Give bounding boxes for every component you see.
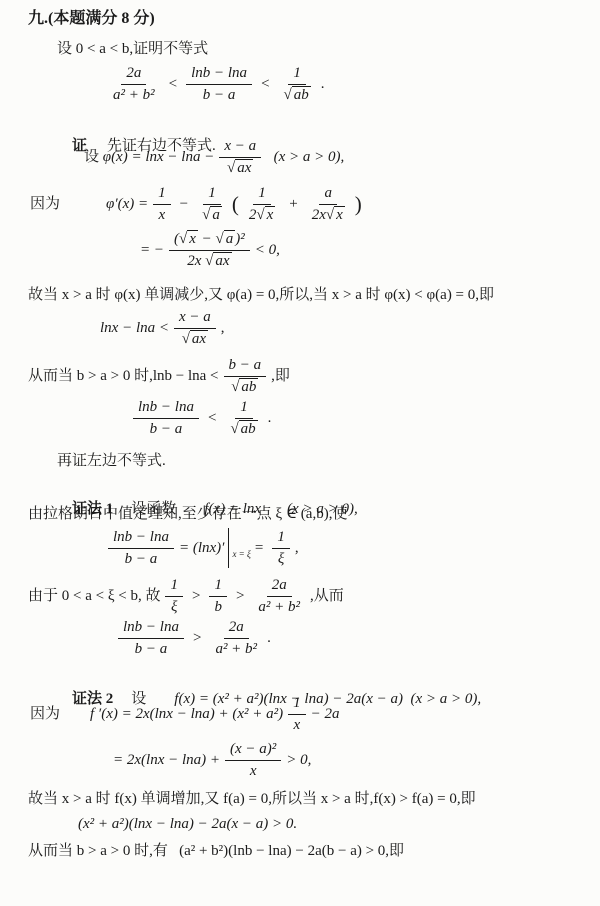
math-text: φ′(x) =	[106, 193, 148, 215]
fraction: 2a a² + b²	[108, 64, 160, 105]
den-coefficient: 2x	[187, 253, 205, 269]
f-positive-inequality: (x² + a²)(lnx − lna) − 2a(x − a) > 0.	[78, 813, 297, 835]
period: .	[267, 627, 271, 649]
math-text: = −	[140, 239, 164, 261]
fraction-numerator: 1	[209, 576, 227, 597]
fraction-numerator: b − a	[224, 356, 267, 377]
phi-definition: 设 φ(x) = lnx − lna − x − a ax (x > a > 0…	[84, 137, 344, 178]
math-text: f ′(x) = 2x(lnx − lna) + (x² + a²)	[90, 703, 283, 725]
greater-than-sign: >	[236, 585, 244, 607]
substitute-b-statement: 从而当 b > a > 0 时,lnb − lna < b − a ab ,即	[28, 356, 290, 397]
fraction-numerator: lnb − lna	[108, 528, 174, 549]
fraction-denominator: b − a	[145, 419, 188, 439]
fraction-numerator: lnb − lna	[133, 398, 199, 419]
evaluation-bar: x = ξ	[228, 528, 250, 568]
math-text: φ(x) = lnx − lna −	[103, 146, 215, 168]
period: .	[321, 73, 325, 95]
sqrt-radicand: x	[334, 206, 345, 223]
fraction: x − a ax	[219, 137, 261, 178]
less-than-sign: <	[169, 73, 177, 95]
fraction: 1 ab	[225, 398, 262, 439]
close-paren-squared: )²	[235, 231, 245, 247]
fraction-numerator: (x − a)²	[169, 230, 250, 251]
monotone-decreasing-statement: 故当 x > a 时 φ(x) 单调减少,又 φ(a) = 0,所以,当 x >…	[28, 284, 494, 306]
fraction-denominator: 2x	[244, 205, 280, 225]
math-text: = (lnx)′	[179, 537, 224, 559]
fraction: (x − a)² 2x ax	[169, 230, 250, 271]
f-derivative-line: 因为 f ′(x) = 2x(lnx − lna) + (x² + a²) 1 …	[30, 694, 340, 735]
sqrt-radical: ax	[205, 252, 231, 271]
fraction-denominator: ab	[226, 377, 263, 397]
fraction: (x − a)² x	[225, 740, 281, 781]
sqrt-radicand: ax	[213, 252, 231, 269]
fraction-denominator: ax	[222, 158, 258, 178]
sqrt-radical: x	[179, 230, 198, 249]
fraction-numerator: a	[319, 184, 337, 205]
fraction-numerator: lnb − lna	[118, 618, 184, 639]
greater-than-sign: >	[193, 627, 201, 649]
fraction: 1 x	[153, 184, 171, 225]
fraction: lnb − lna b − a	[108, 528, 174, 569]
document-page: 九.(本题满分 8 分) 设 0 < a < b,证明不等式 2a a² + b…	[0, 0, 600, 906]
sqrt-radicand: ab	[239, 420, 258, 437]
close-paren: )	[355, 194, 362, 215]
greater-than-sign: >	[192, 585, 200, 607]
sqrt-radicand: ax	[235, 159, 253, 176]
main-inequality-formula: 2a a² + b² < lnb − lna b − a < 1 ab .	[103, 64, 325, 105]
den-coefficient: 2x	[312, 207, 326, 223]
cn-text: ,从而	[310, 585, 344, 607]
fraction-numerator: lnb − lna	[186, 64, 252, 85]
fraction-numerator: 2a	[121, 64, 146, 85]
lagrange-theorem-statement: 由拉格朗日中值定理知,至少存在一点 ξ ∈ (a,b),使	[28, 503, 347, 525]
sqrt-radical: ax	[227, 159, 253, 178]
fraction-numerator: 1	[153, 184, 171, 205]
sqrt-radicand: x	[187, 230, 198, 247]
math-text: = 2x(lnx − lna) +	[113, 749, 220, 771]
fraction: 2a a² + b²	[210, 618, 262, 659]
fraction-numerator: 2a	[267, 576, 292, 597]
sqrt-radical: x	[256, 206, 275, 225]
fraction-numerator: 1	[235, 398, 253, 419]
because-label: 因为	[30, 193, 60, 215]
sqrt-radical: x	[326, 206, 345, 225]
monotone-increasing-statement: 故当 x > a 时 f(x) 单调增加,又 f(a) = 0,所以当 x > …	[28, 788, 476, 810]
fraction: lnb − lna b − a	[133, 398, 199, 439]
sqrt-radicand: a	[224, 230, 236, 247]
f-derivative-simplified: = 2x(lnx − lna) + (x − a)² x > 0,	[113, 740, 311, 781]
fraction-numerator: 1	[165, 576, 183, 597]
equals-sign: =	[255, 537, 263, 559]
sqrt-radicand: ab	[239, 378, 258, 395]
math-text: > 0,	[286, 749, 311, 771]
fraction: 1 b	[209, 576, 227, 617]
problem-number-heading: 九.(本题满分 8 分)	[28, 8, 155, 30]
den-coefficient: 2	[249, 207, 257, 223]
fraction-denominator: ax	[177, 329, 213, 349]
cn-text: ,即	[271, 365, 290, 387]
fraction: x − a ax	[174, 308, 216, 349]
fraction-denominator: b − a	[120, 549, 163, 569]
fraction-numerator: x − a	[174, 308, 216, 329]
because-label: 因为	[30, 703, 60, 725]
math-text: − 2a	[311, 703, 340, 725]
problem-statement: 设 0 < a < b,证明不等式	[57, 38, 208, 60]
fraction-denominator: a² + b²	[210, 639, 262, 659]
less-than-sign: <	[208, 407, 216, 429]
comma: ,	[295, 537, 299, 559]
fraction-numerator: 1	[253, 184, 271, 205]
fraction-numerator: 1	[272, 528, 290, 549]
fraction-numerator: 1	[288, 64, 306, 85]
fraction-denominator: b − a	[198, 85, 241, 105]
cn-text: 从而当 b > a > 0 时,lnb − lna <	[28, 365, 219, 387]
fraction-numerator: 2a	[224, 618, 249, 639]
cn-text: 由于 0 < a < ξ < b, 故	[28, 585, 160, 607]
comma: ,	[221, 317, 225, 339]
final-substitution-statement: 从而当 b > a > 0 时,有 (a² + b²)(lnb − lna) −…	[28, 840, 404, 862]
fraction-denominator: ab	[225, 419, 262, 439]
fraction-denominator: 2xx	[307, 205, 350, 225]
fraction-denominator: 2x ax	[182, 251, 236, 271]
fraction-numerator: 1	[203, 184, 221, 205]
phi-derivative-line: 因为 φ′(x) = 1 x − 1 a ( 1 2x + a 2xx )	[30, 184, 362, 225]
plus-sign: +	[289, 193, 297, 215]
fraction: 2a a² + b²	[253, 576, 305, 617]
xi-bounds-statement: 由于 0 < a < ξ < b, 故 1 ξ > 1 b > 2a a² + …	[28, 576, 344, 617]
open-paren: (	[232, 194, 239, 215]
fraction: 1 ab	[279, 64, 316, 105]
right-inequality-conclusion: lnb − lna b − a < 1 ab .	[128, 398, 271, 439]
vertical-bar	[228, 528, 229, 568]
sqrt-radicand: ab	[292, 86, 311, 103]
minus-sign: −	[180, 193, 188, 215]
fraction-denominator: b − a	[130, 639, 173, 659]
sqrt-radical: ab	[284, 86, 311, 105]
fraction-denominator: a² + b²	[108, 85, 160, 105]
fraction: lnb − lna b − a	[118, 618, 184, 659]
sqrt-radicand: x	[265, 206, 276, 223]
sqrt-radical: ax	[182, 330, 208, 349]
left-inequality-conclusion-method1: lnb − lna b − a > 2a a² + b² .	[113, 618, 271, 659]
math-text: lnx − lna <	[100, 317, 169, 339]
fraction: b − a ab	[224, 356, 267, 397]
fraction: 1 ξ	[165, 576, 183, 617]
sqrt-radical: ab	[231, 378, 258, 397]
cn-text: 设	[84, 146, 103, 168]
fraction: a 2xx	[307, 184, 350, 225]
fraction-denominator: x	[245, 761, 262, 781]
fraction-numerator: 1	[288, 694, 306, 715]
fraction-denominator: ξ	[273, 549, 289, 569]
fraction-denominator: x	[154, 205, 171, 225]
fraction-numerator: (x − a)²	[225, 740, 281, 761]
fraction: 1 2x	[244, 184, 280, 225]
fraction-denominator: b	[209, 597, 227, 617]
sqrt-radical: ab	[230, 420, 257, 439]
sqrt-radicand: a	[210, 206, 222, 223]
fraction-denominator: ab	[279, 85, 316, 105]
fraction: lnb − lna b − a	[186, 64, 252, 105]
fraction-denominator: a	[197, 205, 227, 225]
period: .	[268, 407, 272, 429]
sqrt-radicand: ax	[190, 330, 208, 347]
fraction-denominator: ξ	[166, 597, 182, 617]
sqrt-radical: a	[216, 230, 236, 249]
evaluation-subscript: x = ξ	[232, 543, 250, 565]
fraction: 1 a	[197, 184, 227, 225]
fraction-denominator: a² + b²	[253, 597, 305, 617]
mean-value-equation: lnb − lna b − a = (lnx)′ x = ξ = 1 ξ ,	[103, 528, 299, 569]
left-inequality-intro: 再证左边不等式.	[57, 450, 166, 472]
fraction-denominator: x	[289, 715, 306, 735]
math-text: (x > a > 0),	[266, 146, 344, 168]
fraction: 1 ξ	[272, 528, 290, 569]
phi-derivative-simplified: = − (x − a)² 2x ax < 0,	[140, 230, 280, 271]
less-than-sign: <	[261, 73, 269, 95]
sqrt-radical: a	[202, 206, 222, 225]
minus-sign: −	[198, 231, 216, 247]
fraction: 1 x	[288, 694, 306, 735]
math-text: < 0,	[255, 239, 280, 261]
lnx-inequality: lnx − lna < x − a ax ,	[100, 308, 225, 349]
fraction-numerator: x − a	[219, 137, 261, 158]
